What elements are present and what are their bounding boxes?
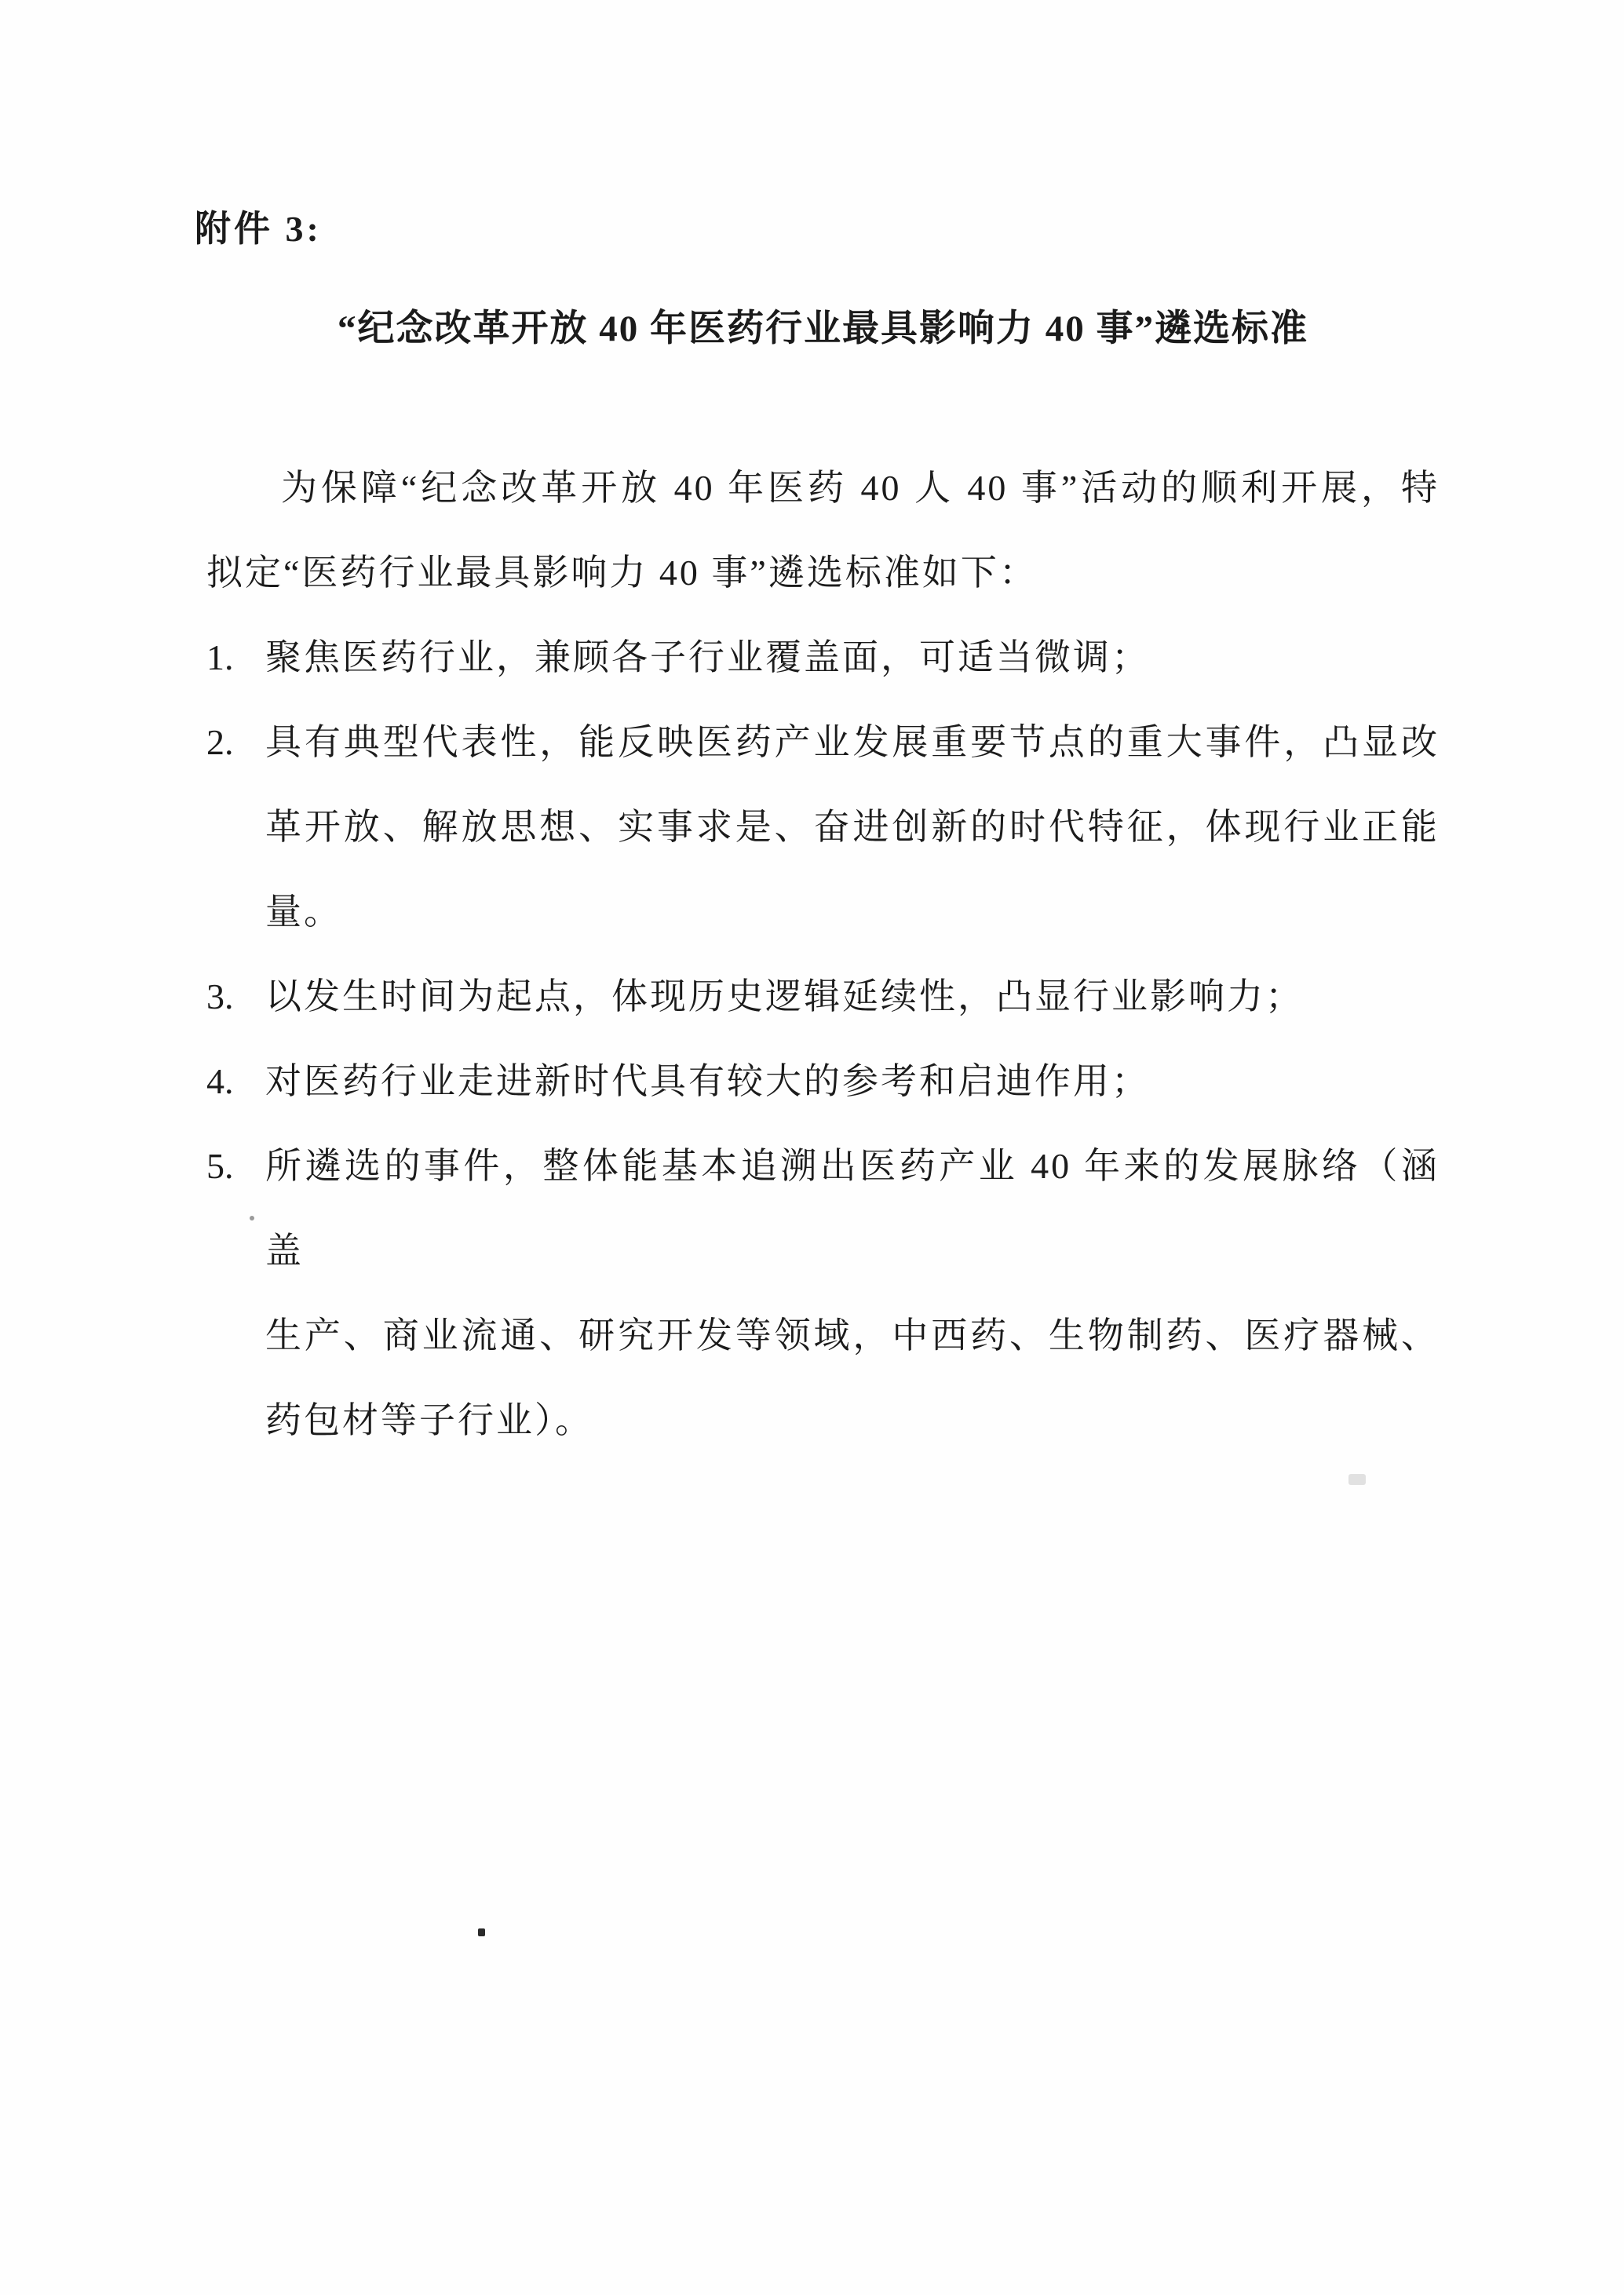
item-2-line-3: 量。 — [265, 870, 1440, 954]
item-1-line-1: 聚焦医药行业，兼顾各子行业覆盖面，可适当微调； — [265, 615, 1440, 700]
item-2-number: 2. — [206, 700, 234, 785]
list-item-2: 2. 具有典型代表性，能反映医药产业发展重要节点的重大事件，凸显改 革开放、解放… — [206, 700, 1440, 954]
item-5-line-3: 药包材等子行业）。 — [265, 1378, 1440, 1463]
item-2-line-1: 具有典型代表性，能反映医药产业发展重要节点的重大事件，凸显改 — [265, 700, 1440, 785]
item-5-line-2: 生产、商业流通、研究开发等领域，中西药、生物制药、医疗器械、 — [265, 1293, 1440, 1378]
ink-speck — [478, 1928, 485, 1936]
list-item-4: 4. 对医药行业走进新时代具有较大的参考和启迪作用； — [206, 1039, 1440, 1124]
list-item-3: 3. 以发生时间为起点，体现历史逻辑延续性，凸显行业影响力； — [206, 954, 1440, 1039]
faint-scan-smudge — [1348, 1474, 1366, 1485]
scan-dust-speck — [250, 1216, 254, 1220]
item-5-line-1: 所遴选的事件，整体能基本追溯出医药产业 40 年来的发展脉络（涵盖 — [265, 1124, 1440, 1293]
item-2-line-2: 革开放、解放思想、实事求是、奋进创新的时代特征，体现行业正能 — [265, 785, 1440, 870]
item-4-number: 4. — [206, 1039, 234, 1124]
list-item-5: 5. 所遴选的事件，整体能基本追溯出医药产业 40 年来的发展脉络（涵盖 生产、… — [206, 1124, 1440, 1463]
list-item-1: 1. 聚焦医药行业，兼顾各子行业覆盖面，可适当微调； — [206, 615, 1440, 700]
intro-line-2: 拟定“医药行业最具影响力 40 事”遴选标准如下： — [206, 531, 1440, 615]
document-title: “纪念改革开放 40 年医药行业最具影响力 40 事”遴选标准 — [206, 305, 1440, 353]
item-4-line-1: 对医药行业走进新时代具有较大的参考和启迪作用； — [265, 1039, 1440, 1124]
item-3-line-1: 以发生时间为起点，体现历史逻辑延续性，凸显行业影响力； — [265, 954, 1440, 1039]
scanned-document-page: 附件 3: “纪念改革开放 40 年医药行业最具影响力 40 事”遴选标准 为保… — [0, 0, 1624, 2295]
item-5-number: 5. — [206, 1124, 234, 1209]
attachment-label: 附件 3: — [195, 206, 322, 253]
intro-line-1: 为保障“纪念改革开放 40 年医药 40 人 40 事”活动的顺利开展，特 — [206, 446, 1440, 531]
item-1-number: 1. — [206, 615, 234, 700]
document-body: 为保障“纪念改革开放 40 年医药 40 人 40 事”活动的顺利开展，特 拟定… — [206, 446, 1440, 1463]
item-3-number: 3. — [206, 954, 234, 1039]
